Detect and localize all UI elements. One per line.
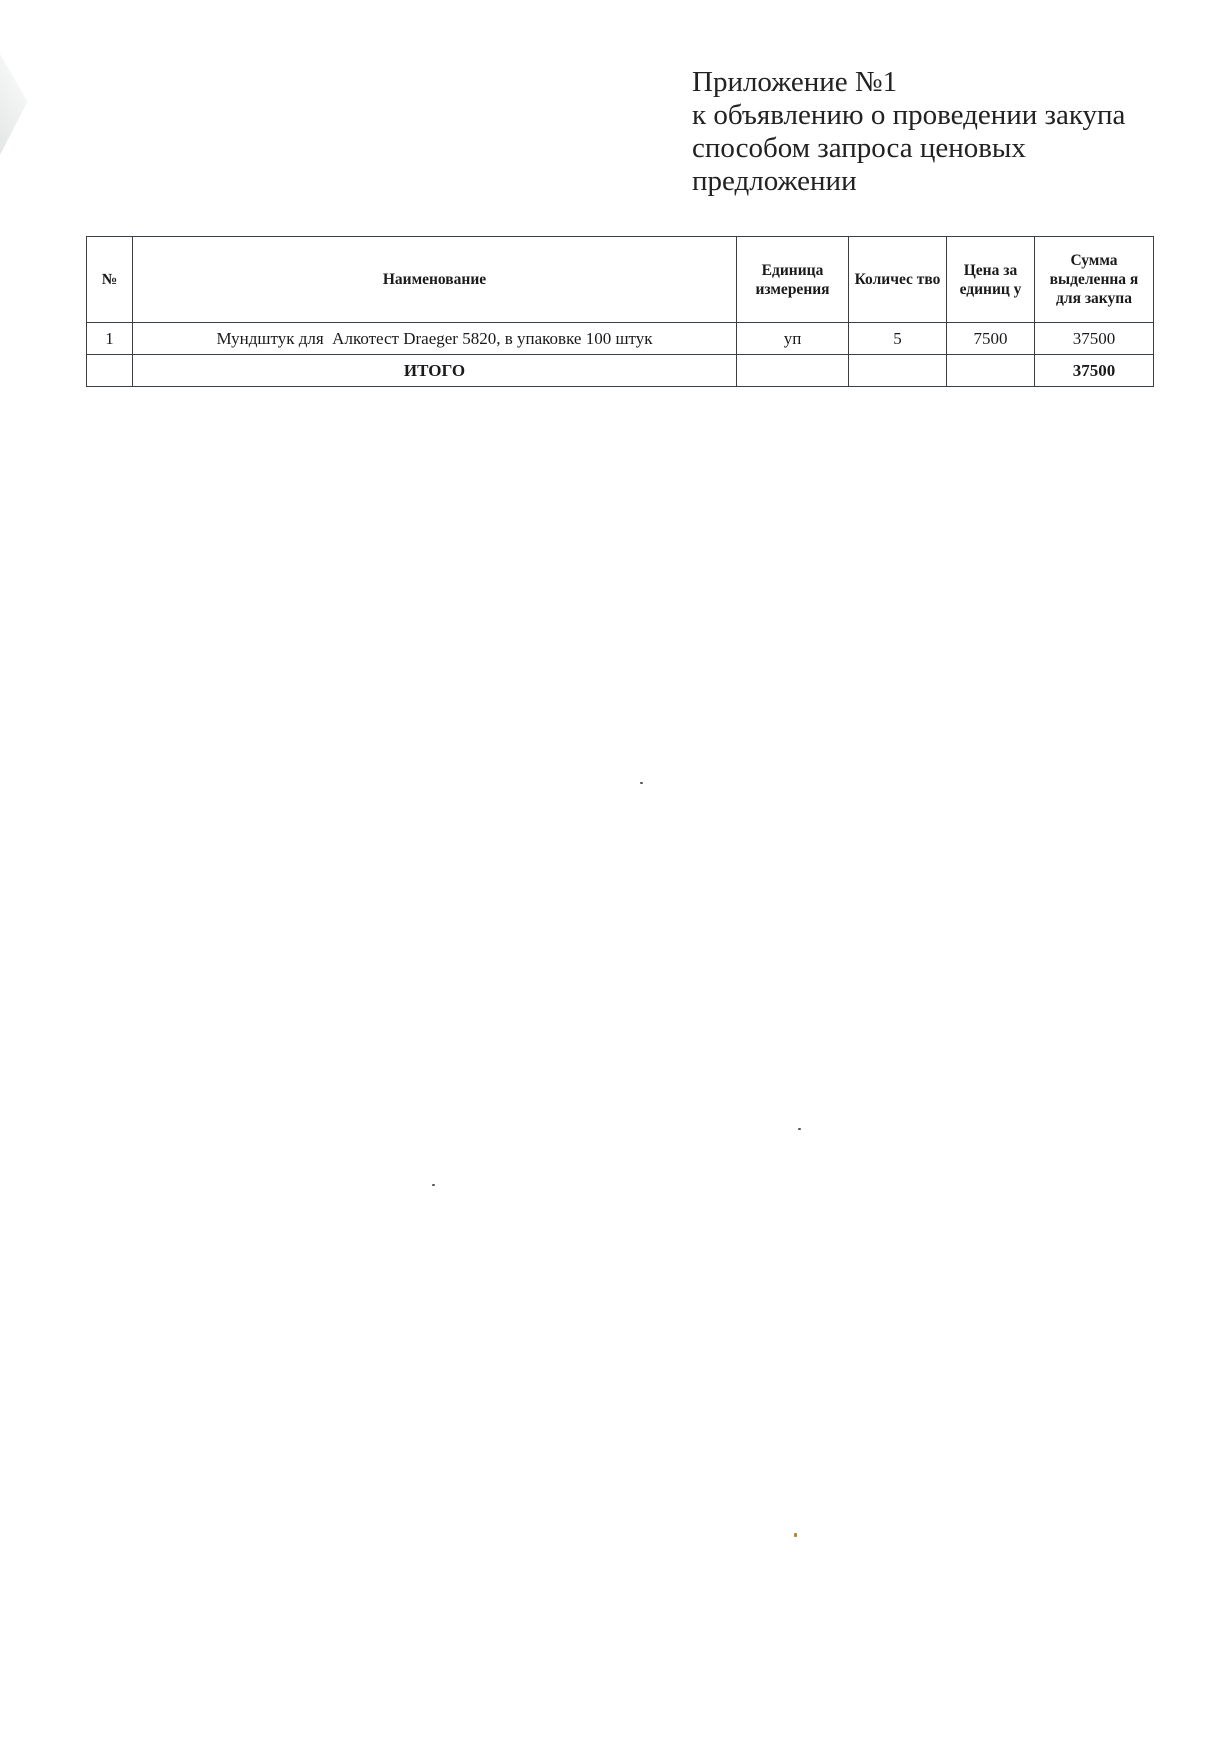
column-header-unit: Единица измерения (737, 237, 849, 323)
total-row: ИТОГО 37500 (87, 355, 1154, 387)
scan-speck (640, 782, 643, 784)
annex-subtitle-line-2: способом запроса ценовых (692, 132, 1125, 165)
column-header-number: № (87, 237, 133, 323)
total-cell-empty-unit (737, 355, 849, 387)
annex-subtitle-line-3: предложении (692, 165, 1125, 198)
scan-edge-shadow (0, 0, 80, 160)
total-sum: 37500 (1035, 355, 1154, 387)
column-header-name: Наименование (133, 237, 737, 323)
cell-quantity: 5 (849, 323, 947, 355)
table-row: 1 Мундштук для Алкотест Draeger 5820, в … (87, 323, 1154, 355)
cell-unit: уп (737, 323, 849, 355)
scan-speck (794, 1533, 797, 1537)
scan-speck (432, 1184, 435, 1186)
cell-sum: 37500 (1035, 323, 1154, 355)
column-header-allocated-sum: Сумма выделенна я для закупа (1035, 237, 1154, 323)
column-header-unit-price: Цена за единиц у (947, 237, 1035, 323)
total-cell-empty-quantity (849, 355, 947, 387)
total-cell-empty-number (87, 355, 133, 387)
cell-unit-price: 7500 (947, 323, 1035, 355)
annex-header: Приложение №1 к объявлению о проведении … (692, 66, 1125, 198)
procurement-items-table: № Наименование Единица измерения Количес… (86, 236, 1154, 387)
total-cell-empty-price (947, 355, 1035, 387)
annex-title: Приложение №1 (692, 66, 1125, 99)
table-header-row: № Наименование Единица измерения Количес… (87, 237, 1154, 323)
column-header-quantity: Количес тво (849, 237, 947, 323)
annex-subtitle-line-1: к объявлению о проведении закупа (692, 99, 1125, 132)
cell-number: 1 (87, 323, 133, 355)
total-label: ИТОГО (133, 355, 737, 387)
cell-name: Мундштук для Алкотест Draeger 5820, в уп… (133, 323, 737, 355)
scan-speck (798, 1128, 801, 1130)
